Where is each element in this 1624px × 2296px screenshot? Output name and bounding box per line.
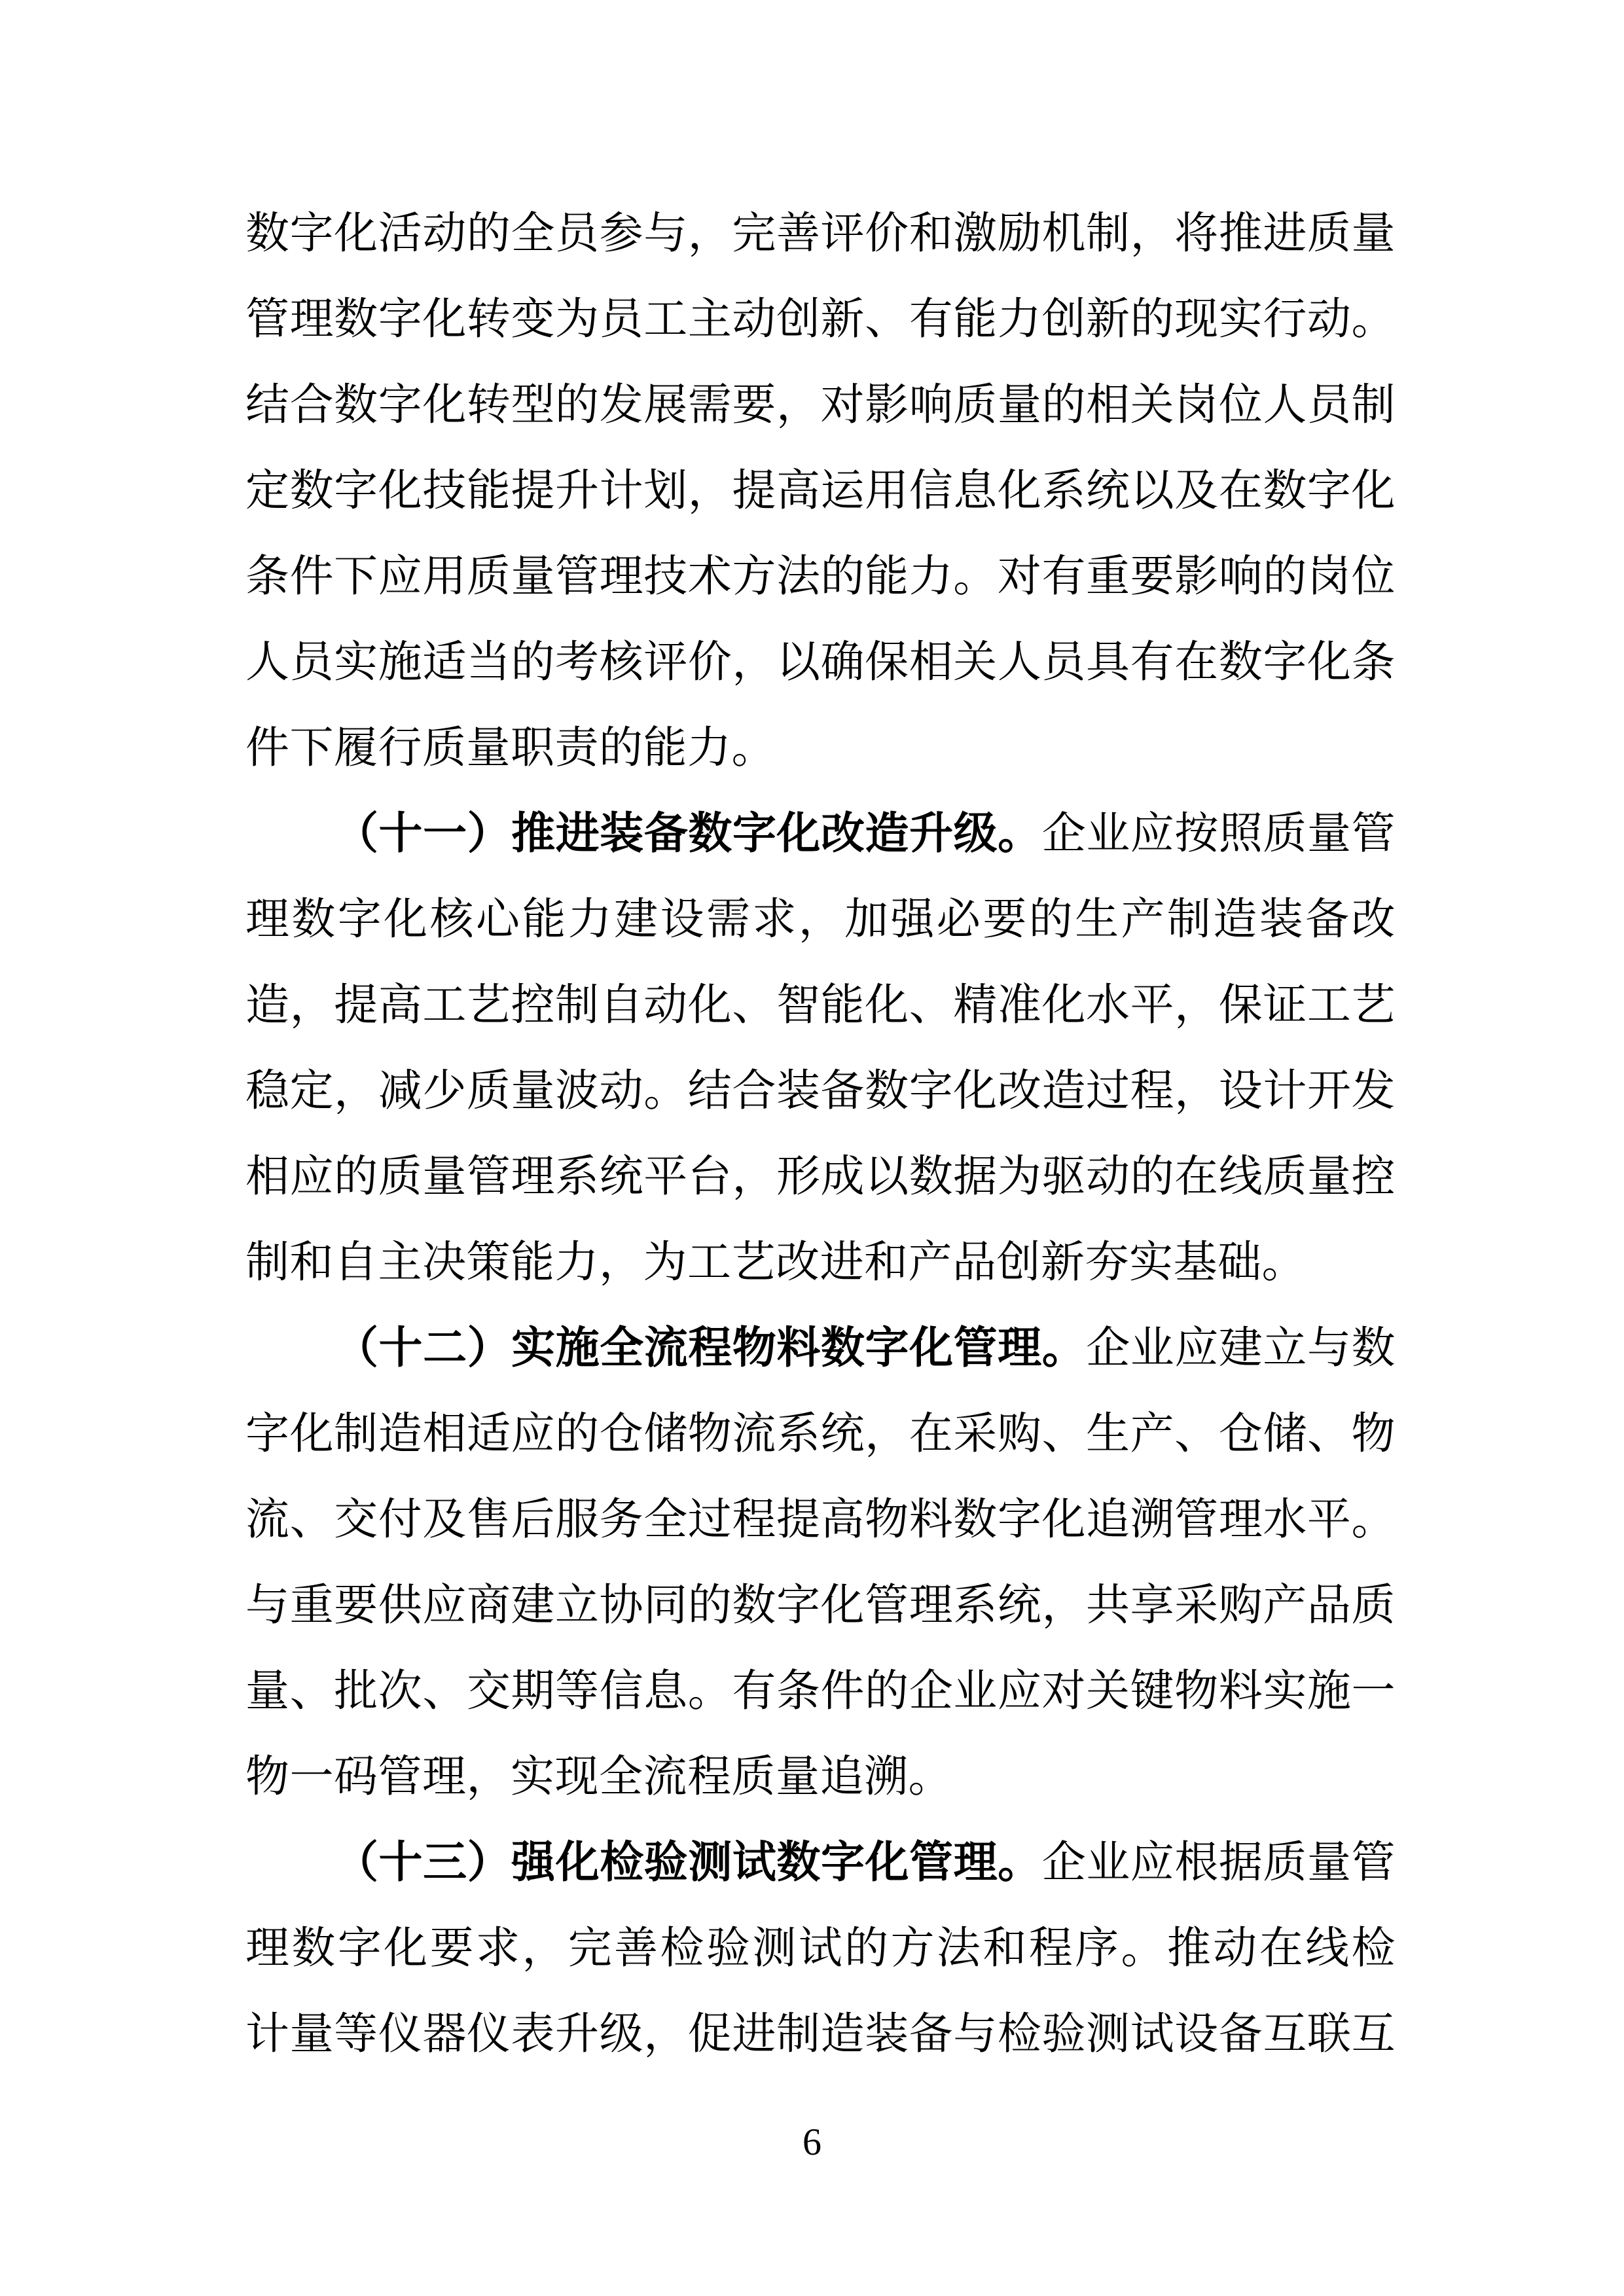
text-line: （十二）实施全流程物料数字化管理。企业应建立与数 bbox=[245, 1306, 1396, 1391]
paragraph: （十二）实施全流程物料数字化管理。企业应建立与数字化制造相适应的仓储物流系统，在… bbox=[245, 1306, 1396, 1820]
paragraph: （十三）强化检验测试数字化管理。企业应根据质量管理数字化要求，完善检验测试的方法… bbox=[245, 1820, 1396, 2077]
text-line: 物一码管理，实现全流程质量追溯。 bbox=[245, 1734, 1396, 1820]
line-text: 造，提高工艺控制自动化、智能化、精准化水平，保证工艺 bbox=[245, 981, 1396, 1030]
text-line: 定数字化技能提升计划，提高运用信息化系统以及在数字化 bbox=[245, 448, 1396, 534]
text-line: 稳定，减少质量波动。结合装备数字化改造过程，设计开发 bbox=[245, 1049, 1396, 1134]
line-text: 件下履行质量职责的能力。 bbox=[245, 724, 776, 772]
line-text: 理数字化要求，完善检验测试的方法和程序。推动在线检测、 bbox=[245, 1924, 1396, 1992]
line-text: 计量等仪器仪表升级，促进制造装备与检验测试设备互联互 bbox=[245, 2010, 1396, 2058]
line-text: 企业应按照质量管 bbox=[1042, 810, 1396, 858]
text-line: 量、批次、交期等信息。有条件的企业应对关键物料实施一 bbox=[245, 1649, 1396, 1734]
text-line: 计量等仪器仪表升级，促进制造装备与检验测试设备互联互 bbox=[245, 1992, 1396, 2077]
page-footer: 6 bbox=[0, 2119, 1624, 2165]
line-text: 人员实施适当的考核评价，以确保相关人员具有在数字化条 bbox=[245, 638, 1396, 687]
line-text: 企业应建立与数 bbox=[1086, 1324, 1396, 1372]
section-heading: （十一）推进装备数字化改造升级。 bbox=[334, 810, 1042, 858]
text-line: 与重要供应商建立协同的数字化管理系统，共享采购产品质 bbox=[245, 1563, 1396, 1649]
section-heading: （十三）强化检验测试数字化管理。 bbox=[334, 1839, 1042, 1887]
text-line: 管理数字化转变为员工主动创新、有能力创新的现实行动。 bbox=[245, 277, 1396, 363]
text-line: 制和自主决策能力，为工艺改进和产品创新夯实基础。 bbox=[245, 1220, 1396, 1306]
text-line: 人员实施适当的考核评价，以确保相关人员具有在数字化条 bbox=[245, 620, 1396, 706]
text-line: 数字化活动的全员参与，完善评价和激励机制，将推进质量 bbox=[245, 191, 1396, 277]
text-line: 字化制造相适应的仓储物流系统，在采购、生产、仓储、物 bbox=[245, 1391, 1396, 1477]
text-line: 理数字化核心能力建设需求，加强必要的生产制造装备改 bbox=[245, 877, 1396, 963]
document-body: 数字化活动的全员参与，完善评价和激励机制，将推进质量管理数字化转变为员工主动创新… bbox=[245, 191, 1396, 2077]
text-line: 造，提高工艺控制自动化、智能化、精准化水平，保证工艺 bbox=[245, 963, 1396, 1049]
line-text: 企业应根据质量管 bbox=[1042, 1839, 1396, 1887]
section-heading: （十二）实施全流程物料数字化管理。 bbox=[334, 1324, 1086, 1372]
line-text: 与重要供应商建立协同的数字化管理系统，共享采购产品质 bbox=[245, 1581, 1396, 1630]
text-line: 结合数字化转型的发展需要，对影响质量的相关岗位人员制 bbox=[245, 363, 1396, 448]
paragraph: 数字化活动的全员参与，完善评价和激励机制，将推进质量管理数字化转变为员工主动创新… bbox=[245, 191, 1396, 791]
text-line: （十一）推进装备数字化改造升级。企业应按照质量管 bbox=[245, 791, 1396, 877]
line-text: 相应的质量管理系统平台，形成以数据为驱动的在线质量控 bbox=[245, 1153, 1396, 1201]
line-text: 字化制造相适应的仓储物流系统，在采购、生产、仓储、物 bbox=[245, 1410, 1396, 1458]
text-line: 相应的质量管理系统平台，形成以数据为驱动的在线质量控 bbox=[245, 1134, 1396, 1220]
text-line: 理数字化要求，完善检验测试的方法和程序。推动在线检测、 bbox=[245, 1906, 1396, 1992]
line-text: 制和自主决策能力，为工艺改进和产品创新夯实基础。 bbox=[245, 1238, 1306, 1287]
line-text: 结合数字化转型的发展需要，对影响质量的相关岗位人员制 bbox=[245, 381, 1396, 429]
document-page: 数字化活动的全员参与，完善评价和激励机制，将推进质量管理数字化转变为员工主动创新… bbox=[0, 0, 1624, 2296]
text-line: （十三）强化检验测试数字化管理。企业应根据质量管 bbox=[245, 1820, 1396, 1906]
line-text: 流、交付及售后服务全过程提高物料数字化追溯管理水平。 bbox=[245, 1496, 1396, 1544]
line-text: 量、批次、交期等信息。有条件的企业应对关键物料实施一 bbox=[245, 1667, 1396, 1715]
text-line: 条件下应用质量管理技术方法的能力。对有重要影响的岗位 bbox=[245, 534, 1396, 620]
text-line: 件下履行质量职责的能力。 bbox=[245, 706, 1396, 791]
line-text: 定数字化技能提升计划，提高运用信息化系统以及在数字化 bbox=[245, 467, 1396, 515]
line-text: 稳定，减少质量波动。结合装备数字化改造过程，设计开发 bbox=[245, 1067, 1396, 1115]
paragraph: （十一）推进装备数字化改造升级。企业应按照质量管理数字化核心能力建设需求，加强必… bbox=[245, 791, 1396, 1306]
line-text: 管理数字化转变为员工主动创新、有能力创新的现实行动。 bbox=[245, 295, 1396, 344]
text-line: 流、交付及售后服务全过程提高物料数字化追溯管理水平。 bbox=[245, 1477, 1396, 1563]
line-text: 数字化活动的全员参与，完善评价和激励机制，将推进质量 bbox=[245, 209, 1396, 258]
line-text: 理数字化核心能力建设需求，加强必要的生产制造装备改 bbox=[245, 895, 1396, 944]
line-text: 条件下应用质量管理技术方法的能力。对有重要影响的岗位 bbox=[245, 552, 1396, 601]
line-text: 物一码管理，实现全流程质量追溯。 bbox=[245, 1753, 952, 1801]
page-number: 6 bbox=[803, 2121, 821, 2163]
